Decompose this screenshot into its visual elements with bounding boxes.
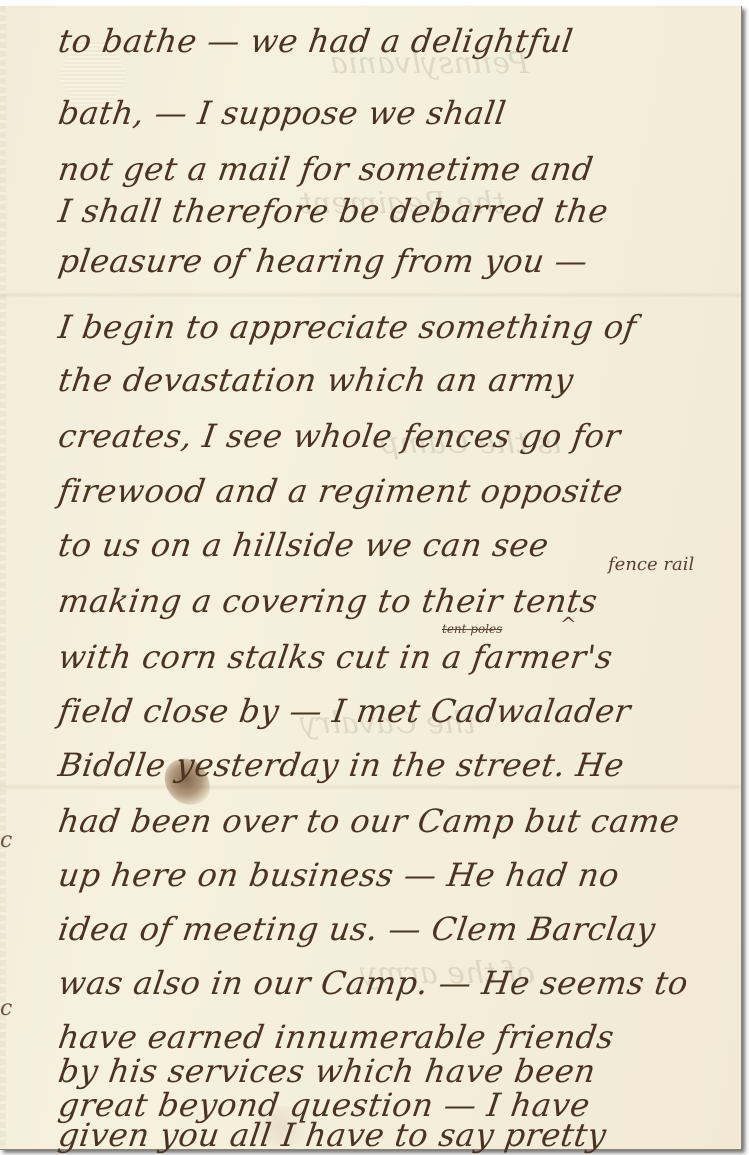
text-line: Biddle yesterday in the street. He xyxy=(56,746,627,784)
text-line: firewood and a regiment opposite xyxy=(56,472,626,510)
text-line: idea of meeting us. — Clem Barclay xyxy=(56,910,658,948)
text-line: the devastation which an army xyxy=(56,361,576,399)
text-line: given you all I have to say pretty xyxy=(56,1116,609,1154)
text-line: have earned innumerable friends xyxy=(56,1018,617,1056)
text-line: creates, I see whole fences go for xyxy=(56,417,623,455)
text-line: making a covering to their tents xyxy=(56,582,600,620)
letter-page: Pennsylvania the Regiment is the Camp th… xyxy=(0,6,742,1150)
text-line: bath, — I suppose we shall xyxy=(56,94,509,132)
text-line: up here on business — He had no xyxy=(56,856,622,894)
interlinear-insertion: fence rail xyxy=(608,554,694,575)
text-line: with corn stalks cut in a farmer's xyxy=(56,638,615,676)
insertion-caret: ^ xyxy=(560,612,577,636)
struck-through-text: tent poles xyxy=(442,622,502,636)
text-line: to bathe — we had a delightful xyxy=(56,22,576,60)
text-line: I begin to appreciate something of xyxy=(56,308,639,346)
text-line: field close by — I met Cadwalader xyxy=(56,692,633,730)
paper-left-edge xyxy=(0,6,6,1149)
text-line: was also in our Camp. — He seems to xyxy=(56,964,691,1002)
margin-mark: c xyxy=(0,828,12,853)
margin-mark: c xyxy=(0,996,12,1021)
text-line: I shall therefore be debarred the xyxy=(56,192,611,230)
paper-fold-line xyxy=(0,784,741,790)
text-line: to us on a hillside we can see xyxy=(56,526,551,564)
text-line: had been over to our Camp but came xyxy=(56,802,682,840)
text-line: not get a mail for sometime and xyxy=(56,150,596,188)
paper-fold-line xyxy=(0,292,741,298)
text-line: by his services which have been xyxy=(56,1052,598,1090)
text-line: pleasure of hearing from you — xyxy=(56,242,590,280)
